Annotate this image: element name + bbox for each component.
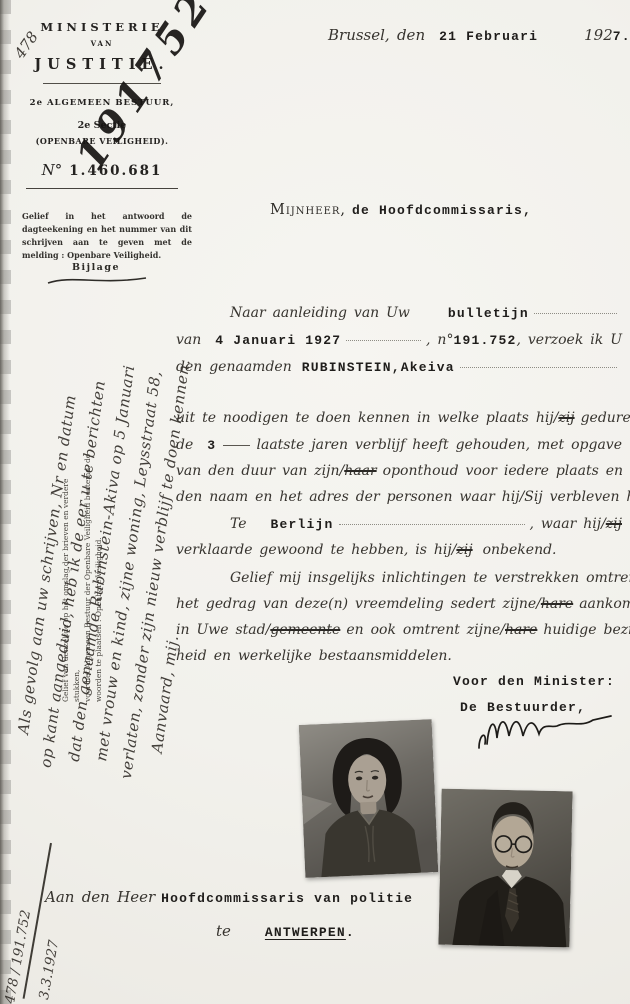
closing-for-minister: Voor den Minister: [453,674,615,689]
reference-label: N° [42,161,63,179]
struck-text: hare [541,596,573,612]
solid-fill [223,445,249,446]
body-text: huidige bezig- [543,622,630,638]
torn-scan-edge [0,0,11,1004]
date-year-typed: 7. [613,29,630,44]
handwritten-file-date: 3.3.1927 [36,939,62,1001]
body-text: , waar hij/ [530,516,606,532]
struck-text: zij [558,410,574,426]
signature [475,708,615,756]
body-text: van den duur van zijn/ [176,463,344,479]
scanned-letter-page: 478 MINISTERIE VAN JUSTITIE. 2e ALGEMEEN… [0,0,630,1004]
typed-insert: 3 [207,438,216,453]
dotted-fill [460,367,617,368]
footer-address-line2: te ANTWERPEN . [216,922,355,940]
portrait-photo-man [438,789,572,948]
body-line: van 4 Januari 1927 , n° 191.752 , verzoe… [176,332,622,348]
dotted-fill [346,340,421,341]
body-line: Naar aanleiding van Uw bulletijn [176,305,622,321]
typed-insert: Berlijn [271,517,334,532]
body-line: den naam en het adres der personen waar … [176,489,622,505]
body-text: Gelief mij insgelijks inlichtingen te ve… [230,570,630,586]
typed-insert: 191.752 [453,333,516,348]
body-line: de 3 laatste jaren verblijf heeft gehoud… [176,437,622,453]
salutation-typed: de Hoofdcommissaris, [352,203,532,218]
struck-text: zij [456,542,472,558]
body-text: laatste jaren verblijf heeft gehouden, m… [257,437,623,453]
body-line: Gelief mij insgelijks inlichtingen te ve… [176,570,622,586]
body-text: de [176,437,193,453]
footer-typed: Hoofdcommissaris van politie [161,891,413,906]
body-text: van [176,332,201,348]
body-text: , n° [426,332,453,348]
footer-printed: Aan den Heer [45,888,155,906]
body-text: den naam en het adres der personen waar … [176,489,630,505]
dotted-fill [534,313,617,314]
body-text: Te [230,516,247,532]
footer-period: . [346,925,355,940]
body-line: verklaarde gewoond te hebben, is hij/ zi… [176,542,622,558]
body-text: gedurende [581,410,630,426]
date-year-printed: 192 [584,26,613,44]
reference-number: 1.460.681 [69,163,162,179]
date-place: Brussel, den [328,26,425,44]
body-text: den genaamden [176,359,292,375]
salutation-printed: Mijnheer, [270,202,346,218]
struck-text: zij [606,516,622,532]
body-text: oponthoud voor iedere plaats en van [383,463,630,479]
portrait-photo-woman [299,719,439,878]
salutation: Mijnheer, de Hoofdcommissaris, [270,202,532,218]
body-text: verklaarde gewoond te hebben, is hij/ [176,542,456,558]
footer-address-line1: Aan den Heer Hoofdcommissaris van politi… [45,888,413,906]
body-line: het gedrag van deze(n) vreemdeling seder… [176,596,622,612]
body-text: heid en werkelijke bestaansmiddelen. [176,648,452,664]
typed-insert: bulletijn [448,306,529,321]
typed-insert: RUBINSTEIN,Akeiva [302,360,455,375]
struck-text: gemeente [270,622,340,638]
struck-text: haar [344,463,376,479]
footer-printed: te [216,922,231,940]
body-text: onbekend. [483,542,557,558]
struck-text: hare [505,622,537,638]
body-text: in Uwe stad/ [176,622,270,638]
body-line: heid en werkelijke bestaansmiddelen. [176,648,622,664]
body-line: den genaamden RUBINSTEIN,Akeiva [176,359,622,375]
date-line: Brussel, den 21 Februari 192 7. [328,26,630,44]
letterhead-rule-bottom [26,188,178,189]
body-text: het gedrag van deze(n) vreemdeling seder… [176,596,541,612]
dotted-fill [339,524,525,525]
date-day-month: 21 Februari [439,29,538,44]
body-line: van den duur van zijn/ haar oponthoud vo… [176,463,622,479]
body-line: Te Berlijn , waar hij/ zij [176,516,622,532]
body-text: en ook omtrent zijne/ [346,622,505,638]
body-text: aankomst [579,596,630,612]
body-line: in Uwe stad/ gemeente en ook omtrent zij… [176,622,622,638]
body-text: uit te noodigen te doen kennen in welke … [176,410,558,426]
typed-insert: 4 Januari 1927 [215,333,341,348]
body-line: uit te noodigen te doen kennen in welke … [176,410,622,426]
body-text: Naar aanleiding van Uw [230,305,410,321]
body-text: , verzoek ik U [516,332,622,348]
footer-city: ANTWERPEN [265,925,346,940]
